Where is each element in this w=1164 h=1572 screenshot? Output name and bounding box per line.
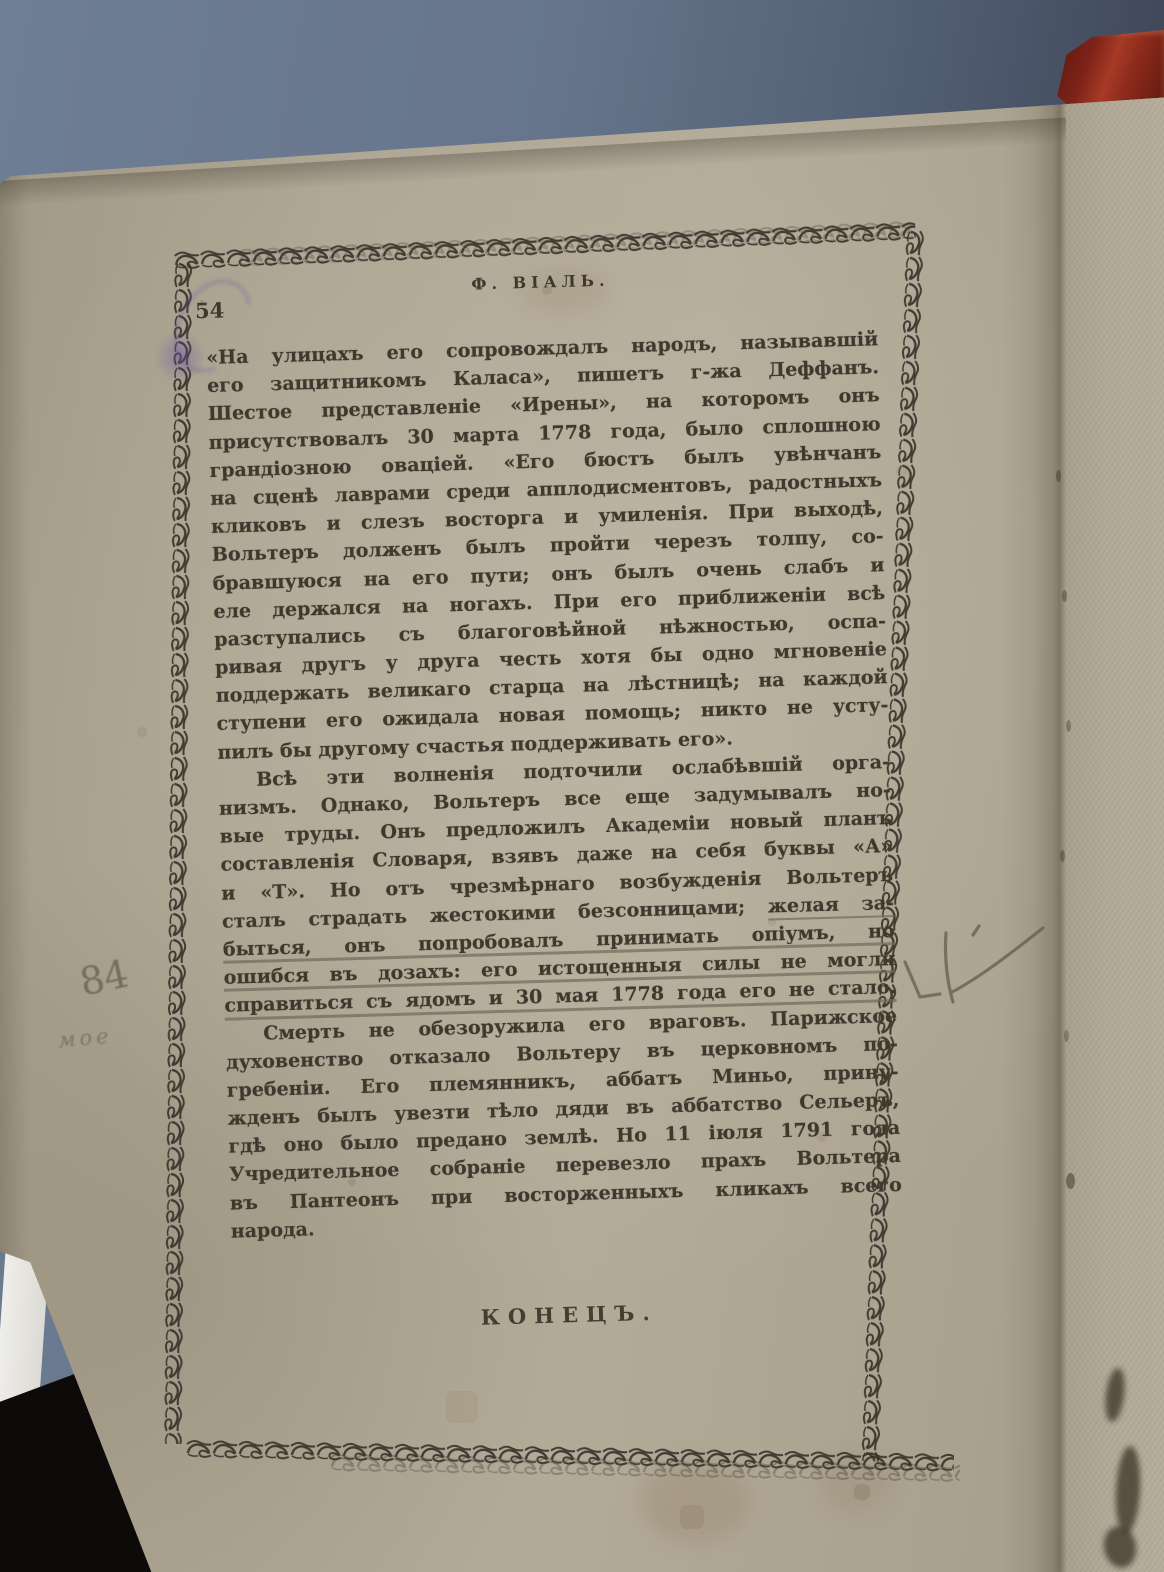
page-content: Ф. ВІАЛЬ. 54 «На улицахъ его сопровождал… — [206, 325, 903, 1245]
pencil-check-scribble — [890, 895, 1070, 1025]
pencil-margin-word: мое — [57, 1024, 113, 1053]
page-top-edge-shadow — [0, 111, 1164, 208]
photo-of-book-page: Ф. ВІАЛЬ. 54 «На улицахъ его сопровождал… — [0, 0, 1164, 1572]
page-left-edge-shadow — [0, 176, 30, 1316]
gutter-specks — [1056, 470, 1061, 482]
body-text: «На улицахъ его сопровождалъ народъ, наз… — [206, 325, 903, 1245]
facing-page-edge — [1066, 80, 1164, 1572]
ink-stamp — [158, 275, 270, 387]
